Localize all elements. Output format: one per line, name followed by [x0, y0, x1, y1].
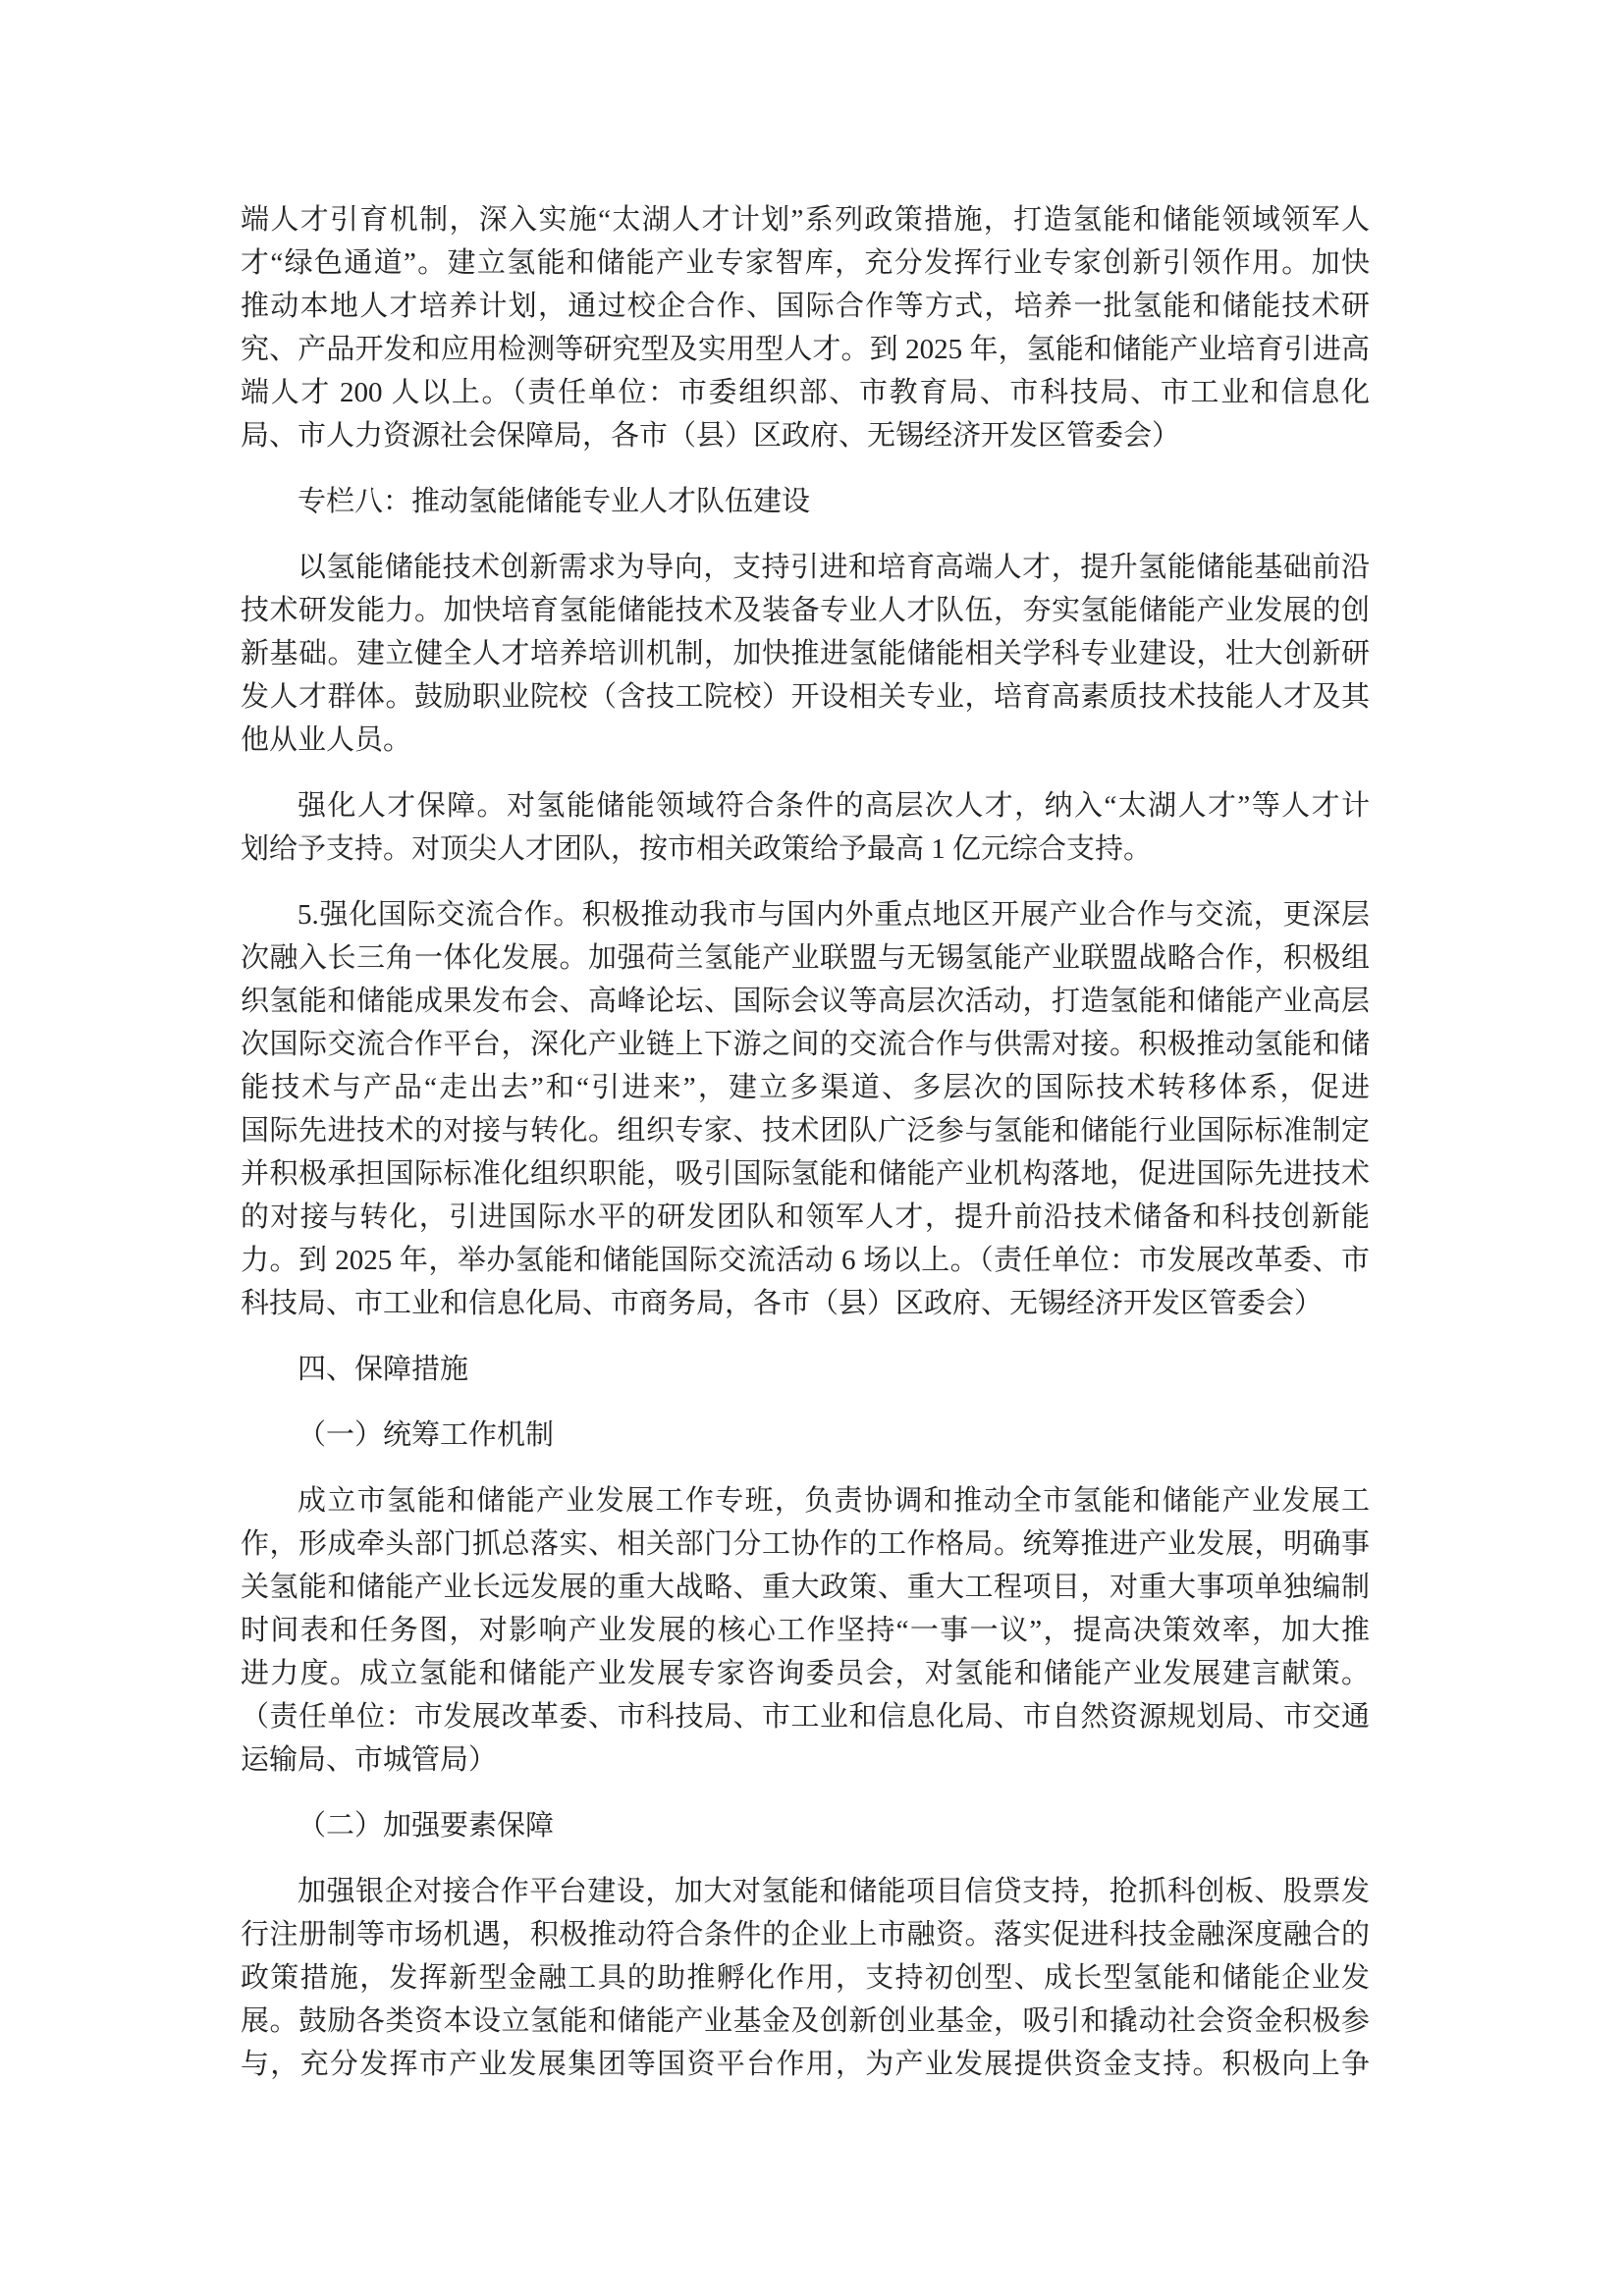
- text-line: 专栏八：推动氢能储能专业人才队伍建设: [241, 480, 1370, 523]
- text-line: 并积极承担国际标准化组织职能，吸引国际氢能和储能产业机构落地，促进国际先进技术: [241, 1152, 1370, 1196]
- text-line: 运输局、市城管局）: [241, 1738, 1370, 1782]
- text-line: 次融入长三角一体化发展。加强荷兰氢能产业联盟与无锡氢能产业联盟战略合作，积极组: [241, 936, 1370, 980]
- section-heading: 专栏八：推动氢能储能专业人才队伍建设: [241, 480, 1370, 523]
- paragraph: 端人才引育机制，深入实施“太湖人才计划”系列政策措施，打造氢能和储能领域领军人才…: [241, 198, 1370, 457]
- text-line: （二）加强要素保障: [241, 1804, 1370, 1847]
- text-line: 与，充分发挥市产业发展集团等国资平台作用，为产业发展提供资金支持。积极向上争: [241, 2043, 1370, 2086]
- text-line: 能技术与产品“走出去”和“引进来”，建立多渠道、多层次的国际技术转移体系，促进: [241, 1066, 1370, 1109]
- text-line: 以氢能储能技术创新需求为导向，支持引进和培育高端人才，提升氢能储能基础前沿: [241, 546, 1370, 589]
- text-line: 力。到 2025 年，举办氢能和储能国际交流活动 6 场以上。（责任单位：市发展…: [241, 1239, 1370, 1282]
- text-line: 推动本地人才培养计划，通过校企合作、国际合作等方式，培养一批氢能和储能技术研: [241, 285, 1370, 328]
- text-line: 端人才引育机制，深入实施“太湖人才计划”系列政策措施，打造氢能和储能领域领军人: [241, 198, 1370, 241]
- text-line: 次国际交流合作平台，深化产业链上下游之间的交流合作与供需对接。积极推动氢能和储: [241, 1023, 1370, 1066]
- text-line: 行注册制等市场机遇，积极推动符合条件的企业上市融资。落实促进科技金融深度融合的: [241, 1913, 1370, 1956]
- text-line: 才“绿色通道”。建立氢能和储能产业专家智库，充分发挥行业专家创新引领作用。加快: [241, 241, 1370, 285]
- text-line: 端人才 200 人以上。（责任单位：市委组织部、市教育局、市科技局、市工业和信息…: [241, 371, 1370, 414]
- paragraph: 5.强化国际交流合作。积极推动我市与国内外重点地区开展产业合作与交流，更深层次融…: [241, 893, 1370, 1325]
- text-line: 成立市氢能和储能产业发展工作专班，负责协调和推动全市氢能和储能产业发展工: [241, 1479, 1370, 1522]
- text-line: 他从业人员。: [241, 719, 1370, 762]
- text-line: 划给予支持。对顶尖人才团队，按市相关政策给予最高 1 亿元综合支持。: [241, 828, 1370, 871]
- text-line: （责任单位：市发展改革委、市科技局、市工业和信息化局、市自然资源规划局、市交通: [241, 1695, 1370, 1738]
- text-line: 技术研发能力。加快培育氢能储能技术及装备专业人才队伍，夯实氢能储能产业发展的创: [241, 589, 1370, 632]
- text-line: 织氢能和储能成果发布会、高峰论坛、国际会议等高层次活动，打造氢能和储能产业高层: [241, 980, 1370, 1023]
- text-line: 政策措施，发挥新型金融工具的助推孵化作用，支持初创型、成长型氢能和储能企业发: [241, 1956, 1370, 2000]
- text-line: 加强银企对接合作平台建设，加大对氢能和储能项目信贷支持，抢抓科创板、股票发: [241, 1870, 1370, 1913]
- text-line: （一）统筹工作机制: [241, 1414, 1370, 1457]
- text-line: 5.强化国际交流合作。积极推动我市与国内外重点地区开展产业合作与交流，更深层: [241, 893, 1370, 936]
- text-line: 发人才群体。鼓励职业院校（含技工院校）开设相关专业，培育高素质技术技能人才及其: [241, 675, 1370, 719]
- text-line: 展。鼓励各类资本设立氢能和储能产业基金及创新创业基金，吸引和撬动社会资金积极参: [241, 2000, 1370, 2043]
- text-line: 进力度。成立氢能和储能产业发展专家咨询委员会，对氢能和储能产业发展建言献策。: [241, 1652, 1370, 1695]
- text-line: 科技局、市工业和信息化局、市商务局，各市（县）区政府、无锡经济开发区管委会）: [241, 1282, 1370, 1325]
- text-line: 国际先进技术的对接与转化。组织专家、技术团队广泛参与氢能和储能行业国际标准制定: [241, 1109, 1370, 1152]
- paragraph: 成立市氢能和储能产业发展工作专班，负责协调和推动全市氢能和储能产业发展工作，形成…: [241, 1479, 1370, 1782]
- document-body: 端人才引育机制，深入实施“太湖人才计划”系列政策措施，打造氢能和储能领域领军人才…: [241, 198, 1370, 2086]
- text-line: 关氢能和储能产业长远发展的重大战略、重大政策、重大工程项目，对重大事项单独编制: [241, 1566, 1370, 1609]
- section-heading: 四、保障措施: [241, 1348, 1370, 1391]
- paragraph: 加强银企对接合作平台建设，加大对氢能和储能项目信贷支持，抢抓科创板、股票发行注册…: [241, 1870, 1370, 2086]
- text-line: 新基础。建立健全人才培养培训机制，加快推进氢能储能相关学科专业建设，壮大创新研: [241, 632, 1370, 675]
- section-heading: （二）加强要素保障: [241, 1804, 1370, 1847]
- paragraph: 以氢能储能技术创新需求为导向，支持引进和培育高端人才，提升氢能储能基础前沿技术研…: [241, 546, 1370, 762]
- document-page: 端人才引育机制，深入实施“太湖人才计划”系列政策措施，打造氢能和储能领域领军人才…: [0, 0, 1624, 2296]
- section-heading: （一）统筹工作机制: [241, 1414, 1370, 1457]
- text-line: 时间表和任务图，对影响产业发展的核心工作坚持“一事一议”，提高决策效率，加大推: [241, 1609, 1370, 1652]
- text-line: 的对接与转化，引进国际水平的研发团队和领军人才，提升前沿技术储备和科技创新能: [241, 1196, 1370, 1239]
- text-line: 局、市人力资源社会保障局，各市（县）区政府、无锡经济开发区管委会）: [241, 414, 1370, 457]
- text-line: 强化人才保障。对氢能储能领域符合条件的高层次人才，纳入“太湖人才”等人才计: [241, 784, 1370, 828]
- paragraph: 强化人才保障。对氢能储能领域符合条件的高层次人才，纳入“太湖人才”等人才计划给予…: [241, 784, 1370, 871]
- text-line: 作，形成牵头部门抓总落实、相关部门分工协作的工作格局。统筹推进产业发展，明确事: [241, 1522, 1370, 1566]
- text-line: 四、保障措施: [241, 1348, 1370, 1391]
- text-line: 究、产品开发和应用检测等研究型及实用型人才。到 2025 年，氢能和储能产业培育…: [241, 328, 1370, 371]
